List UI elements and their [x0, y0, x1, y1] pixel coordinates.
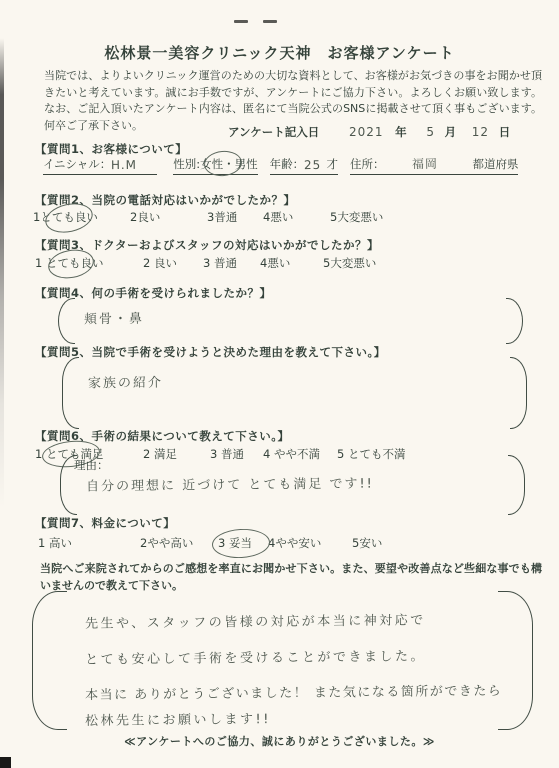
q1-address-field: 住所： 福岡 都道府県: [350, 155, 519, 175]
q5-answer-handwriting: 家族の紹介: [88, 372, 163, 392]
scan-artifact-dash: [234, 20, 248, 23]
q1-fields-row: イニシャル： H.M 性別: 女性・男性 年齢： 25 才 住所： 福岡 都道府…: [43, 155, 518, 175]
answer-bracket-left: [58, 298, 75, 344]
initial-label: イニシャル：: [43, 156, 111, 172]
answer-bracket-left: [62, 357, 79, 429]
comment-bracket-left: [32, 591, 67, 730]
scan-corner-mark: [0, 757, 11, 768]
answer-bracket-right: [510, 357, 527, 429]
option: 4悪い: [260, 255, 290, 271]
option: 2 良い: [143, 255, 177, 271]
option: 4悪い: [263, 209, 293, 225]
q3-heading: 【質問3、ドクターおよびスタッフの対応はいかがでしたか？】: [35, 237, 379, 253]
gender-label: 性別:: [173, 156, 200, 172]
option: 1 高い: [38, 535, 72, 551]
q7-heading: 【質問7、料金について】: [35, 515, 175, 531]
option: 3普通: [207, 209, 237, 225]
date-year-unit: 年: [395, 125, 407, 139]
comment-line: とても安心して手術を受けることができました。: [85, 645, 426, 668]
scan-artifact-dash: [263, 20, 277, 23]
answer-bracket-right: [508, 455, 525, 515]
q6-reason-label: 理由：: [74, 457, 109, 473]
address-label: 住所：: [350, 156, 385, 172]
option: 5大変悪い: [330, 209, 383, 225]
date-month-value: 5: [426, 125, 435, 139]
address-value: 福岡: [412, 155, 438, 172]
scanned-survey-page: 松林景一美容クリニック天神 お客様アンケート 当院では、よりよいクリニック運営の…: [0, 0, 559, 768]
option: 5大変悪い: [323, 255, 376, 271]
comment-line: 先生や、スタッフの皆様の対応が本当に神対応で: [85, 609, 426, 632]
date-line: アンケート記入日 2021 年 5 月 12 日: [228, 124, 510, 140]
option: 2良い: [130, 209, 160, 225]
option: 2 満足: [143, 446, 177, 462]
q5-heading: 【質問5、当院で手術を受けようと決めた理由を教えて下さい。】: [35, 344, 386, 360]
q6-reason-handwriting: 自分の理想に 近づけて とても満足 です!!: [86, 472, 374, 494]
footer-thanks: ≪アンケートへのご協力、誠にありがとうございました。≫: [0, 733, 559, 749]
option: 4 やや不満: [263, 446, 320, 462]
answer-bracket-right: [506, 298, 523, 344]
q1-initial-field: イニシャル： H.M: [43, 156, 157, 175]
address-suffix: 都道府県: [472, 156, 518, 172]
q4-answer-handwriting: 頬骨・鼻: [84, 308, 144, 328]
comment-line: 本当に ありがとうございました！ また気になる箇所ができたら: [85, 680, 502, 703]
date-day-unit: 日: [499, 125, 511, 139]
handwritten-circle-q7: [211, 528, 270, 560]
q7-options-row: 1 高い 2やや高い 3 妥当 4やや安い 5安い: [0, 535, 559, 553]
date-year-value: 2021: [349, 125, 384, 139]
option: 3 普通: [203, 255, 237, 271]
option: 4やや安い: [268, 535, 321, 551]
comments-prompt: 当院へご来院されてからのご感想を率直にお聞かせ下さい。また、要望や改善点など些細…: [40, 561, 542, 594]
option: 5 とても不満: [337, 446, 405, 462]
age-label: 年齢：: [270, 156, 305, 172]
scan-edge-shadow: [0, 38, 4, 508]
comment-line: 松林先生にお願いします!!: [85, 708, 271, 729]
page-title: 松林景一美容クリニック天神 お客様アンケート: [0, 42, 559, 63]
option: 2やや高い: [140, 535, 193, 551]
date-day-value: 12: [472, 125, 489, 139]
age-unit: 才: [326, 156, 338, 172]
initial-value: H.M: [111, 158, 137, 172]
option: 3 普通: [210, 446, 244, 462]
date-label: アンケート記入日: [228, 125, 319, 139]
option: 5安い: [352, 535, 382, 551]
date-month-unit: 月: [445, 125, 457, 139]
age-value: 25: [304, 158, 321, 172]
q1-age-field: 年齢： 25 才: [270, 156, 338, 175]
comment-bracket-right: [498, 591, 533, 730]
